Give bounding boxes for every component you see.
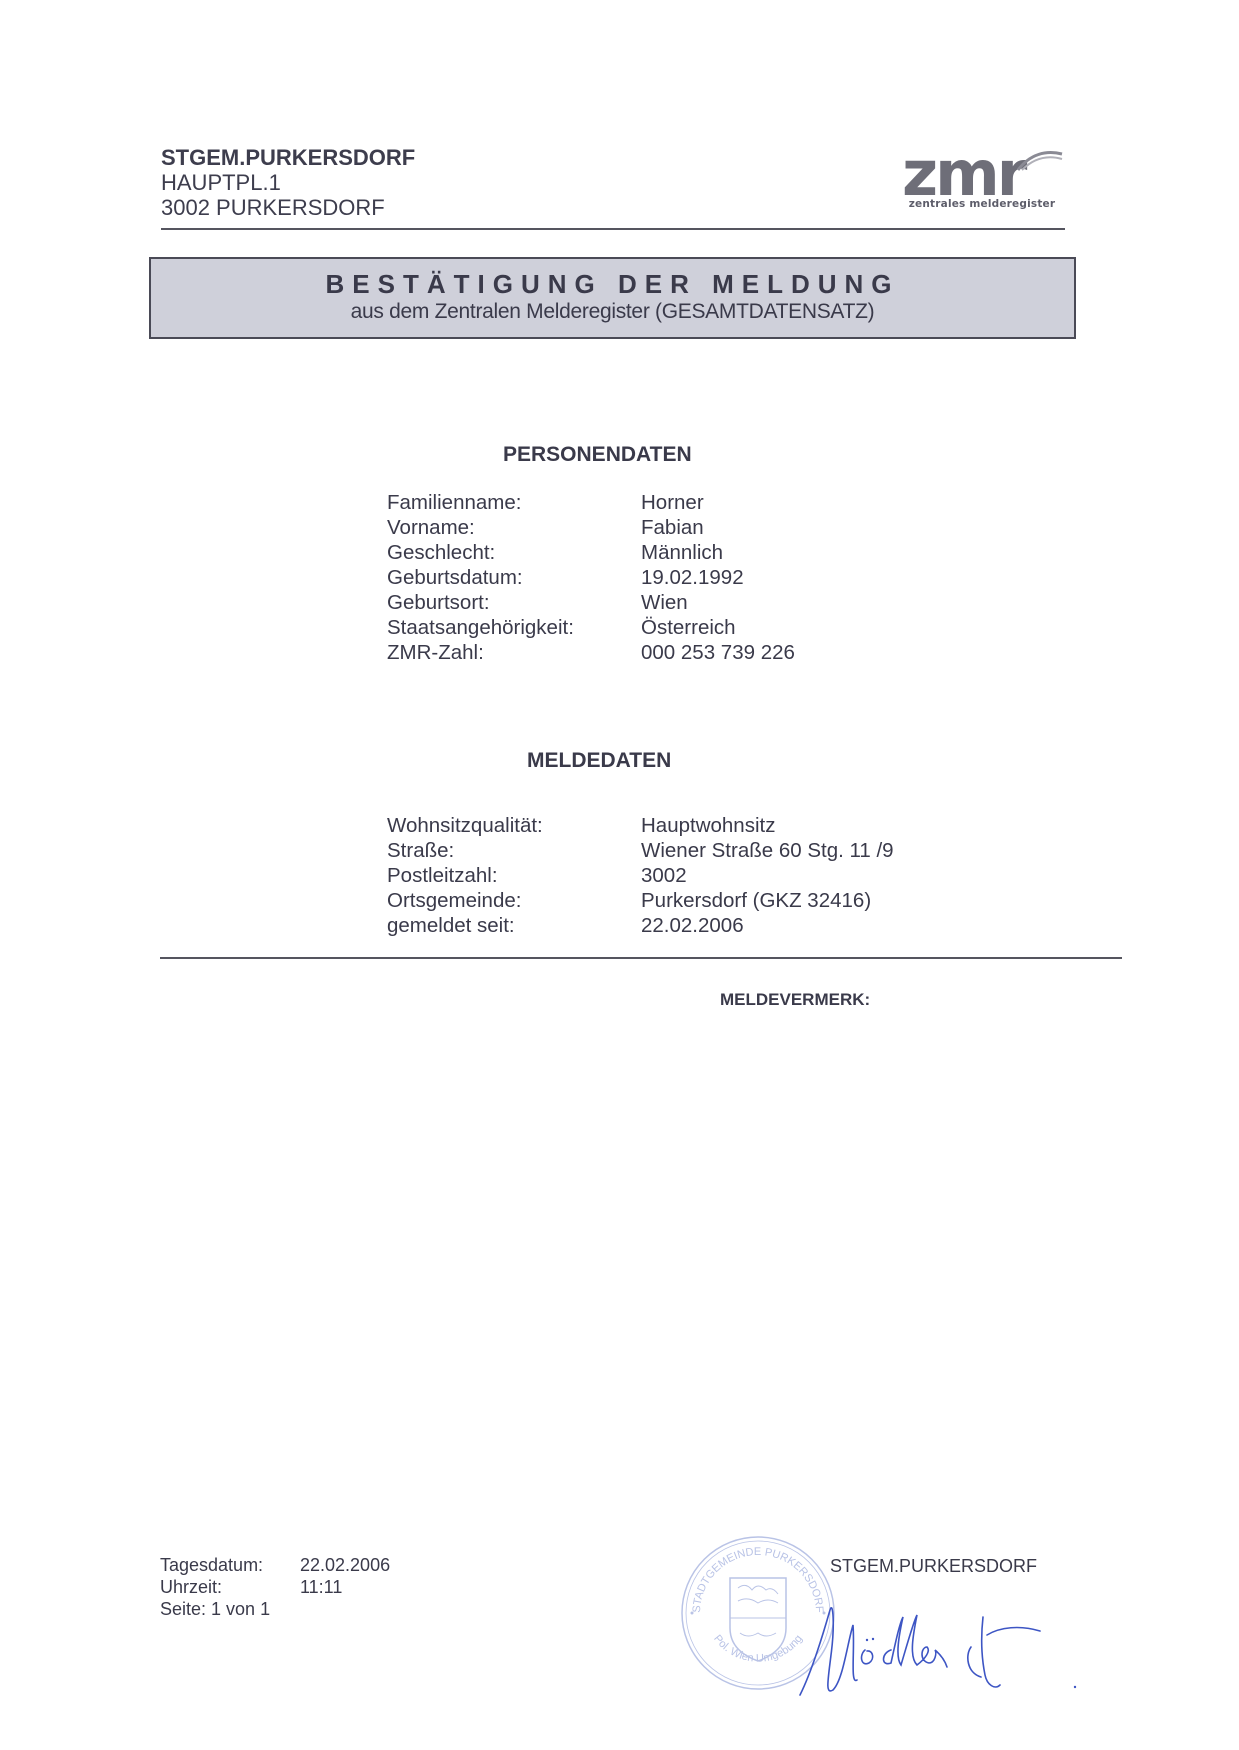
meldedaten-value: 3002	[641, 863, 687, 888]
sender-name: STGEM.PURKERSDORF	[161, 145, 415, 170]
footer-date-label: Tagesdatum:	[160, 1554, 300, 1576]
meldedaten-row: Postleitzahl:3002	[387, 863, 894, 888]
meldedaten-row: Wohnsitzqualität:Hauptwohnsitz	[387, 813, 894, 838]
personendaten-row: Geburtsdatum:19.02.1992	[387, 565, 795, 590]
meldedaten-label: Wohnsitzqualität:	[387, 813, 641, 838]
personendaten-row: Geschlecht:Männlich	[387, 540, 795, 565]
logo-subtitle: zentrales melderegister	[898, 198, 1066, 210]
document-subtitle: aus dem Zentralen Melderegister (GESAMTD…	[151, 299, 1074, 325]
meldedaten-value: Hauptwohnsitz	[641, 813, 775, 838]
meldedaten-heading: MELDEDATEN	[527, 749, 671, 773]
svg-text:Pol. Wien Umgebung: Pol. Wien Umgebung	[711, 1633, 805, 1665]
personendaten-label: Geburtsort:	[387, 590, 641, 615]
personendaten-label: ZMR-Zahl:	[387, 640, 641, 665]
personendaten-row: Geburtsort:Wien	[387, 590, 795, 615]
page-number: Seite: 1 von 1	[160, 1598, 390, 1620]
footer-info: Tagesdatum: 22.02.2006 Uhrzeit: 11:11 Se…	[160, 1554, 390, 1620]
sender-address: STGEM.PURKERSDORF HAUPTPL.1 3002 PURKERS…	[161, 145, 415, 220]
footer-time-label: Uhrzeit:	[160, 1576, 300, 1598]
personendaten-label: Geschlecht:	[387, 540, 641, 565]
footer-row-date: Tagesdatum: 22.02.2006	[160, 1554, 390, 1576]
personendaten-value: Männlich	[641, 540, 723, 565]
signature-icon	[795, 1595, 1085, 1705]
section-divider	[160, 957, 1122, 959]
meldedaten-label: gemeldet seit:	[387, 913, 641, 938]
personendaten-label: Geburtsdatum:	[387, 565, 641, 590]
sender-city: 3002 PURKERSDORF	[161, 195, 415, 220]
personendaten-label: Familienname:	[387, 490, 641, 515]
personendaten-label: Vorname:	[387, 515, 641, 540]
zmr-logo: zmr zentrales melderegister	[898, 146, 1066, 212]
personendaten-value: Fabian	[641, 515, 704, 540]
personendaten-value: Österreich	[641, 615, 736, 640]
meldedaten-value: Purkersdorf (GKZ 32416)	[641, 888, 871, 913]
meldedaten-label: Postleitzahl:	[387, 863, 641, 888]
personendaten-value: Horner	[641, 490, 704, 515]
meldedaten-row: gemeldet seit:22.02.2006	[387, 913, 894, 938]
footer-row-time: Uhrzeit: 11:11	[160, 1576, 390, 1598]
personendaten-row: Familienname:Horner	[387, 490, 795, 515]
personendaten-value: 000 253 739 226	[641, 640, 795, 665]
document-title-box: BESTÄTIGUNG DER MELDUNG aus dem Zentrale…	[149, 257, 1076, 339]
meldedaten-row: Straße:Wiener Straße 60 Stg. 11 /9	[387, 838, 894, 863]
logo-swoosh-icon	[1016, 148, 1064, 172]
meldedaten-value: 22.02.2006	[641, 913, 744, 938]
personendaten-table: Familienname:HornerVorname:FabianGeschle…	[387, 490, 795, 665]
personendaten-label: Staatsangehörigkeit:	[387, 615, 641, 640]
meldedaten-label: Ortsgemeinde:	[387, 888, 641, 913]
logo-mark: zmr	[902, 146, 1024, 202]
footer-time-value: 11:11	[300, 1576, 342, 1598]
meldevermerk-label: MELDEVERMERK:	[720, 990, 870, 1010]
footer-date-value: 22.02.2006	[300, 1554, 390, 1576]
document-title: BESTÄTIGUNG DER MELDUNG	[151, 269, 1074, 299]
sender-street: HAUPTPL.1	[161, 170, 415, 195]
personendaten-row: Staatsangehörigkeit:Österreich	[387, 615, 795, 640]
personendaten-heading: PERSONENDATEN	[503, 443, 692, 467]
personendaten-row: ZMR-Zahl:000 253 739 226	[387, 640, 795, 665]
header-divider	[161, 228, 1065, 230]
personendaten-value: 19.02.1992	[641, 565, 744, 590]
meldedaten-row: Ortsgemeinde:Purkersdorf (GKZ 32416)	[387, 888, 894, 913]
personendaten-row: Vorname:Fabian	[387, 515, 795, 540]
personendaten-value: Wien	[641, 590, 688, 615]
meldedaten-value: Wiener Straße 60 Stg. 11 /9	[641, 838, 894, 863]
issuing-authority: STGEM.PURKERSDORF	[830, 1556, 1037, 1577]
meldedaten-table: Wohnsitzqualität:HauptwohnsitzStraße:Wie…	[387, 813, 894, 938]
meldedaten-label: Straße:	[387, 838, 641, 863]
